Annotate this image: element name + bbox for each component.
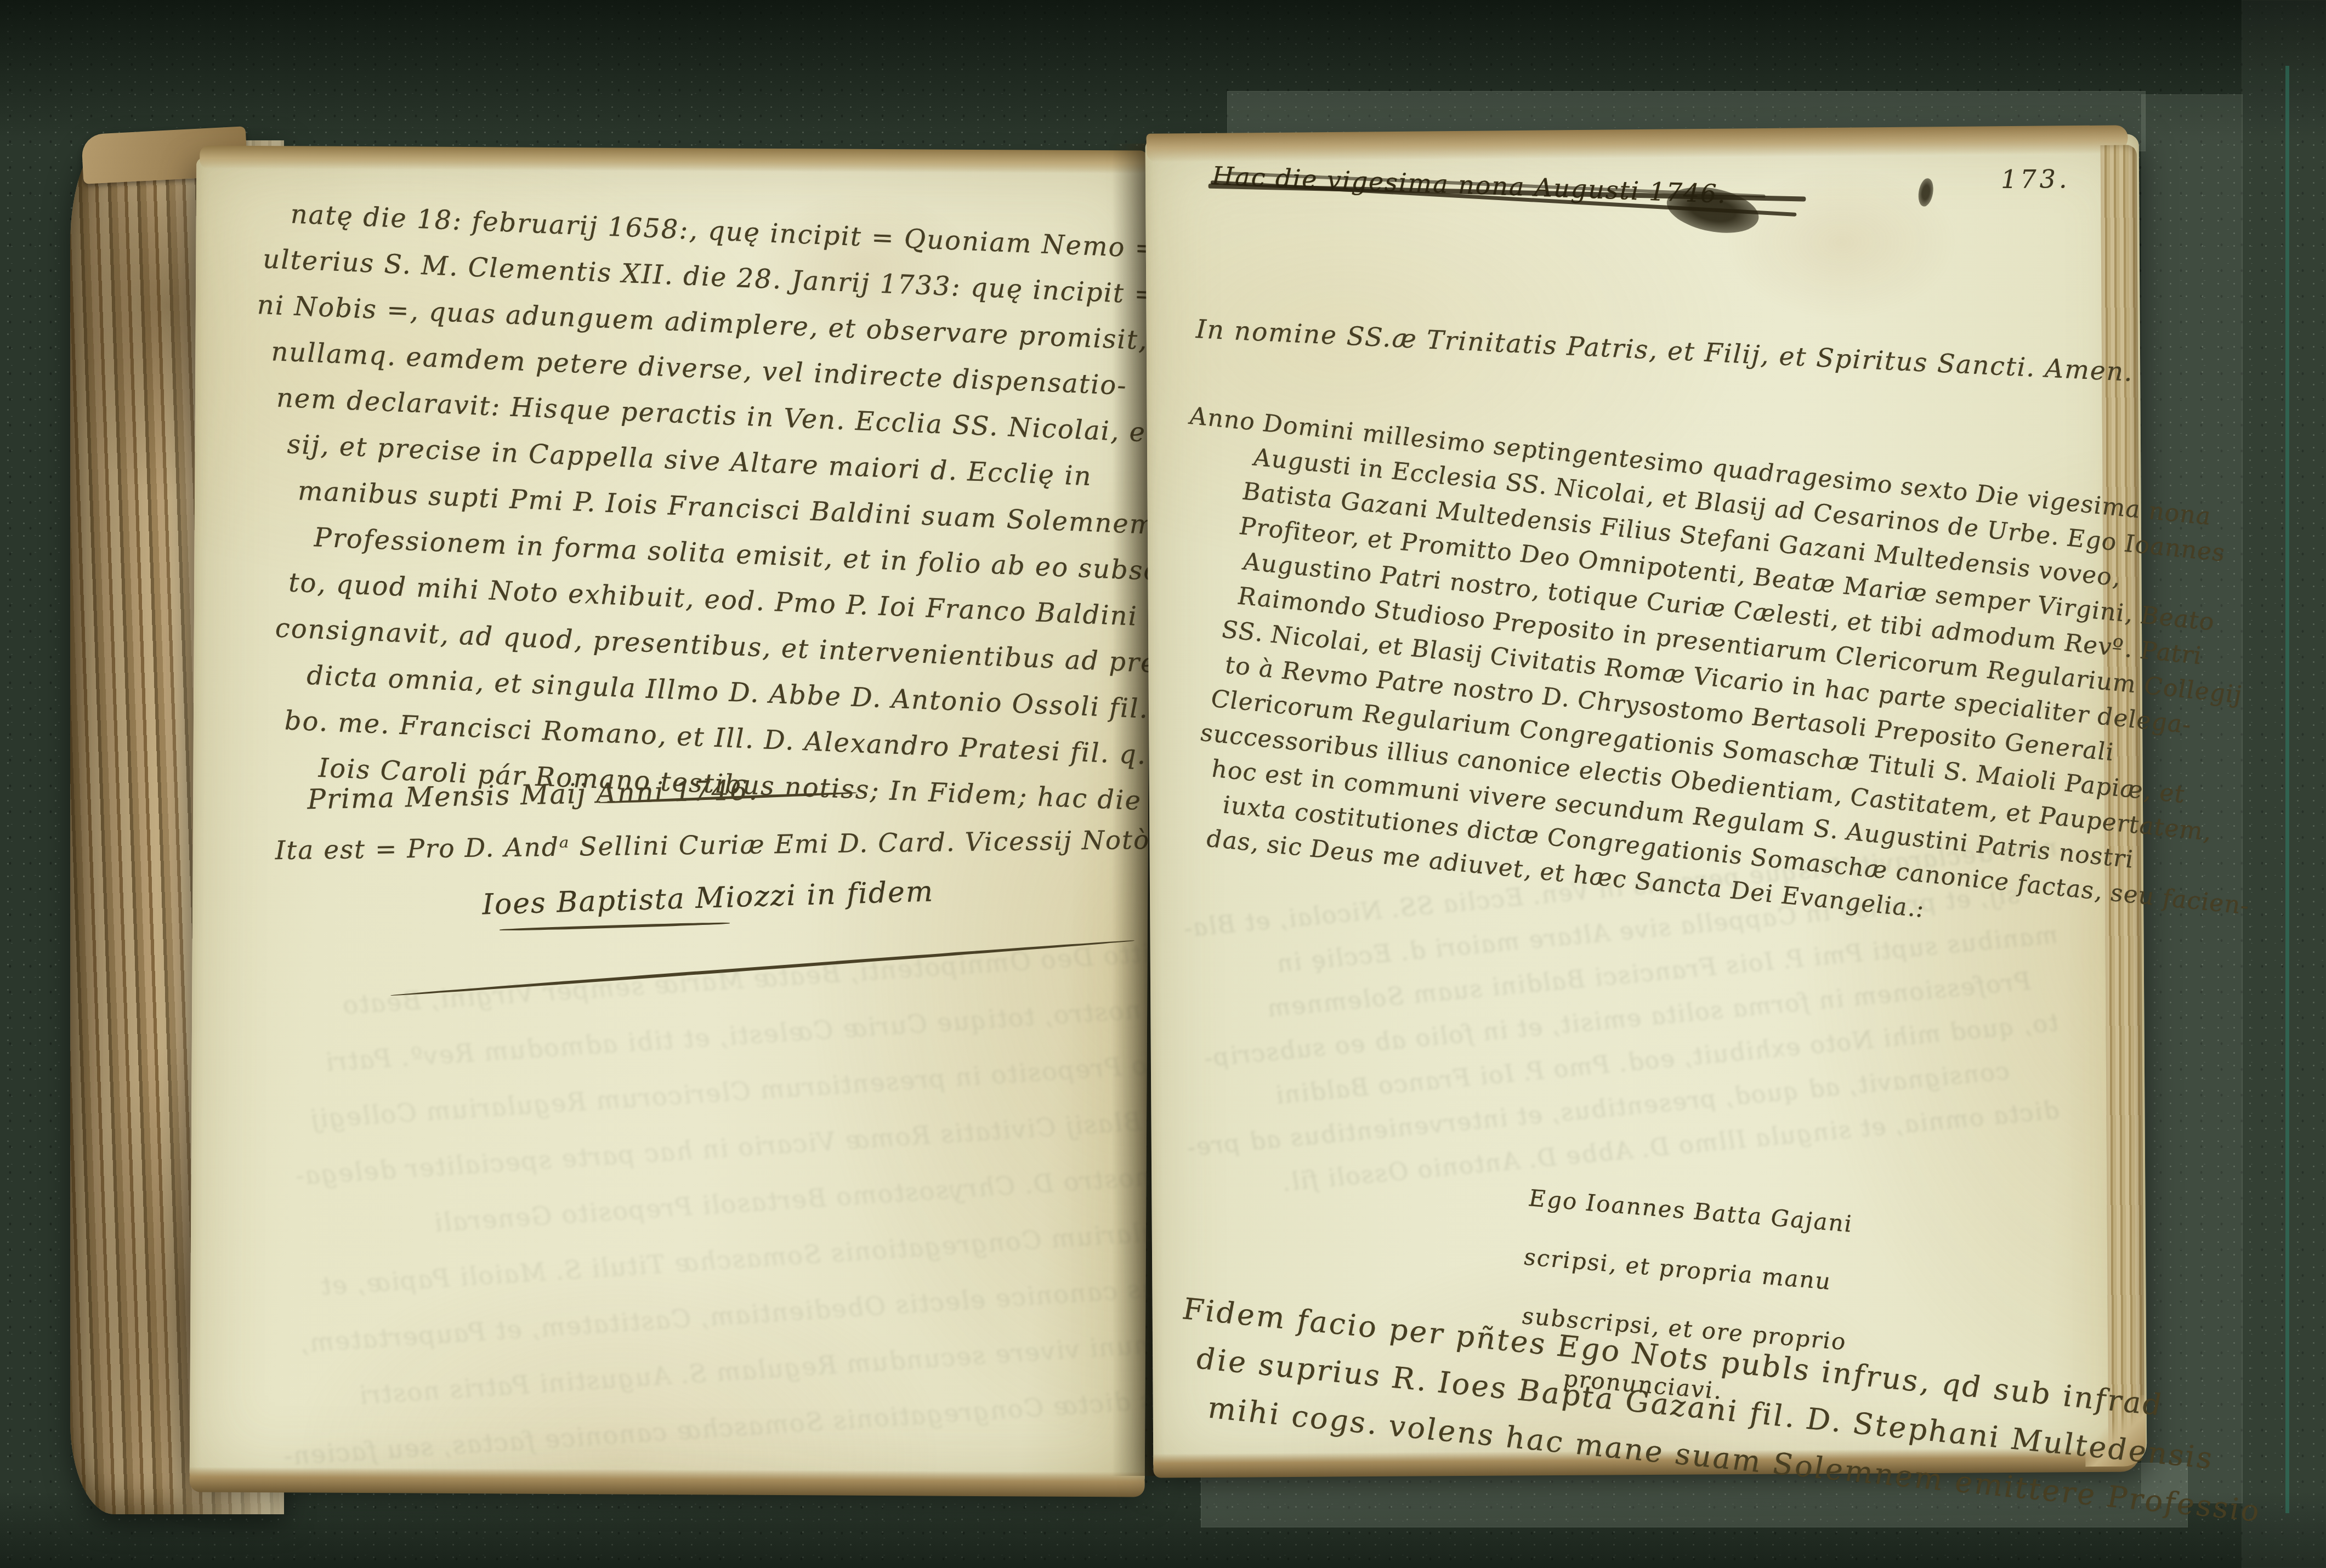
left-page: natę die 18: februarij 1658:, quę incipi… [190, 157, 1152, 1485]
struck-heading-group: Hac die vigesima nona Augusti 1746. [1211, 161, 1826, 232]
left-page-paragraph: natę die 18: februarij 1658:, quę incipi… [253, 190, 1250, 828]
right-page-show-through: nem declaravit: Hisque peractis in Ven. … [1183, 826, 2059, 1214]
right-page: 173. Hac die vigesima nona Augusti 1746.… [1145, 134, 2147, 1471]
page-number: 173. [2001, 164, 2070, 194]
glass-plate-edge [2285, 66, 2289, 1513]
ink-blot-small [1916, 177, 1935, 208]
left-page-top-edge [200, 145, 1148, 173]
left-page-notary-signature: Ioes Baptista Miozzi in fidem [482, 875, 934, 921]
photograph-of-open-manuscript-book: natę die 18: februarij 1658:, quę incipi… [0, 0, 2326, 1568]
signature-underline-short [500, 922, 730, 931]
invocation-line: In nomine SS.æ Trinitatis Patris, et Fil… [1195, 314, 2134, 388]
protective-sheet-far-right [2242, 0, 2326, 1568]
left-page-attestation-line: Ita est = Pro D. Andᵃ Sellini Curiæ Emi … [275, 825, 1159, 866]
